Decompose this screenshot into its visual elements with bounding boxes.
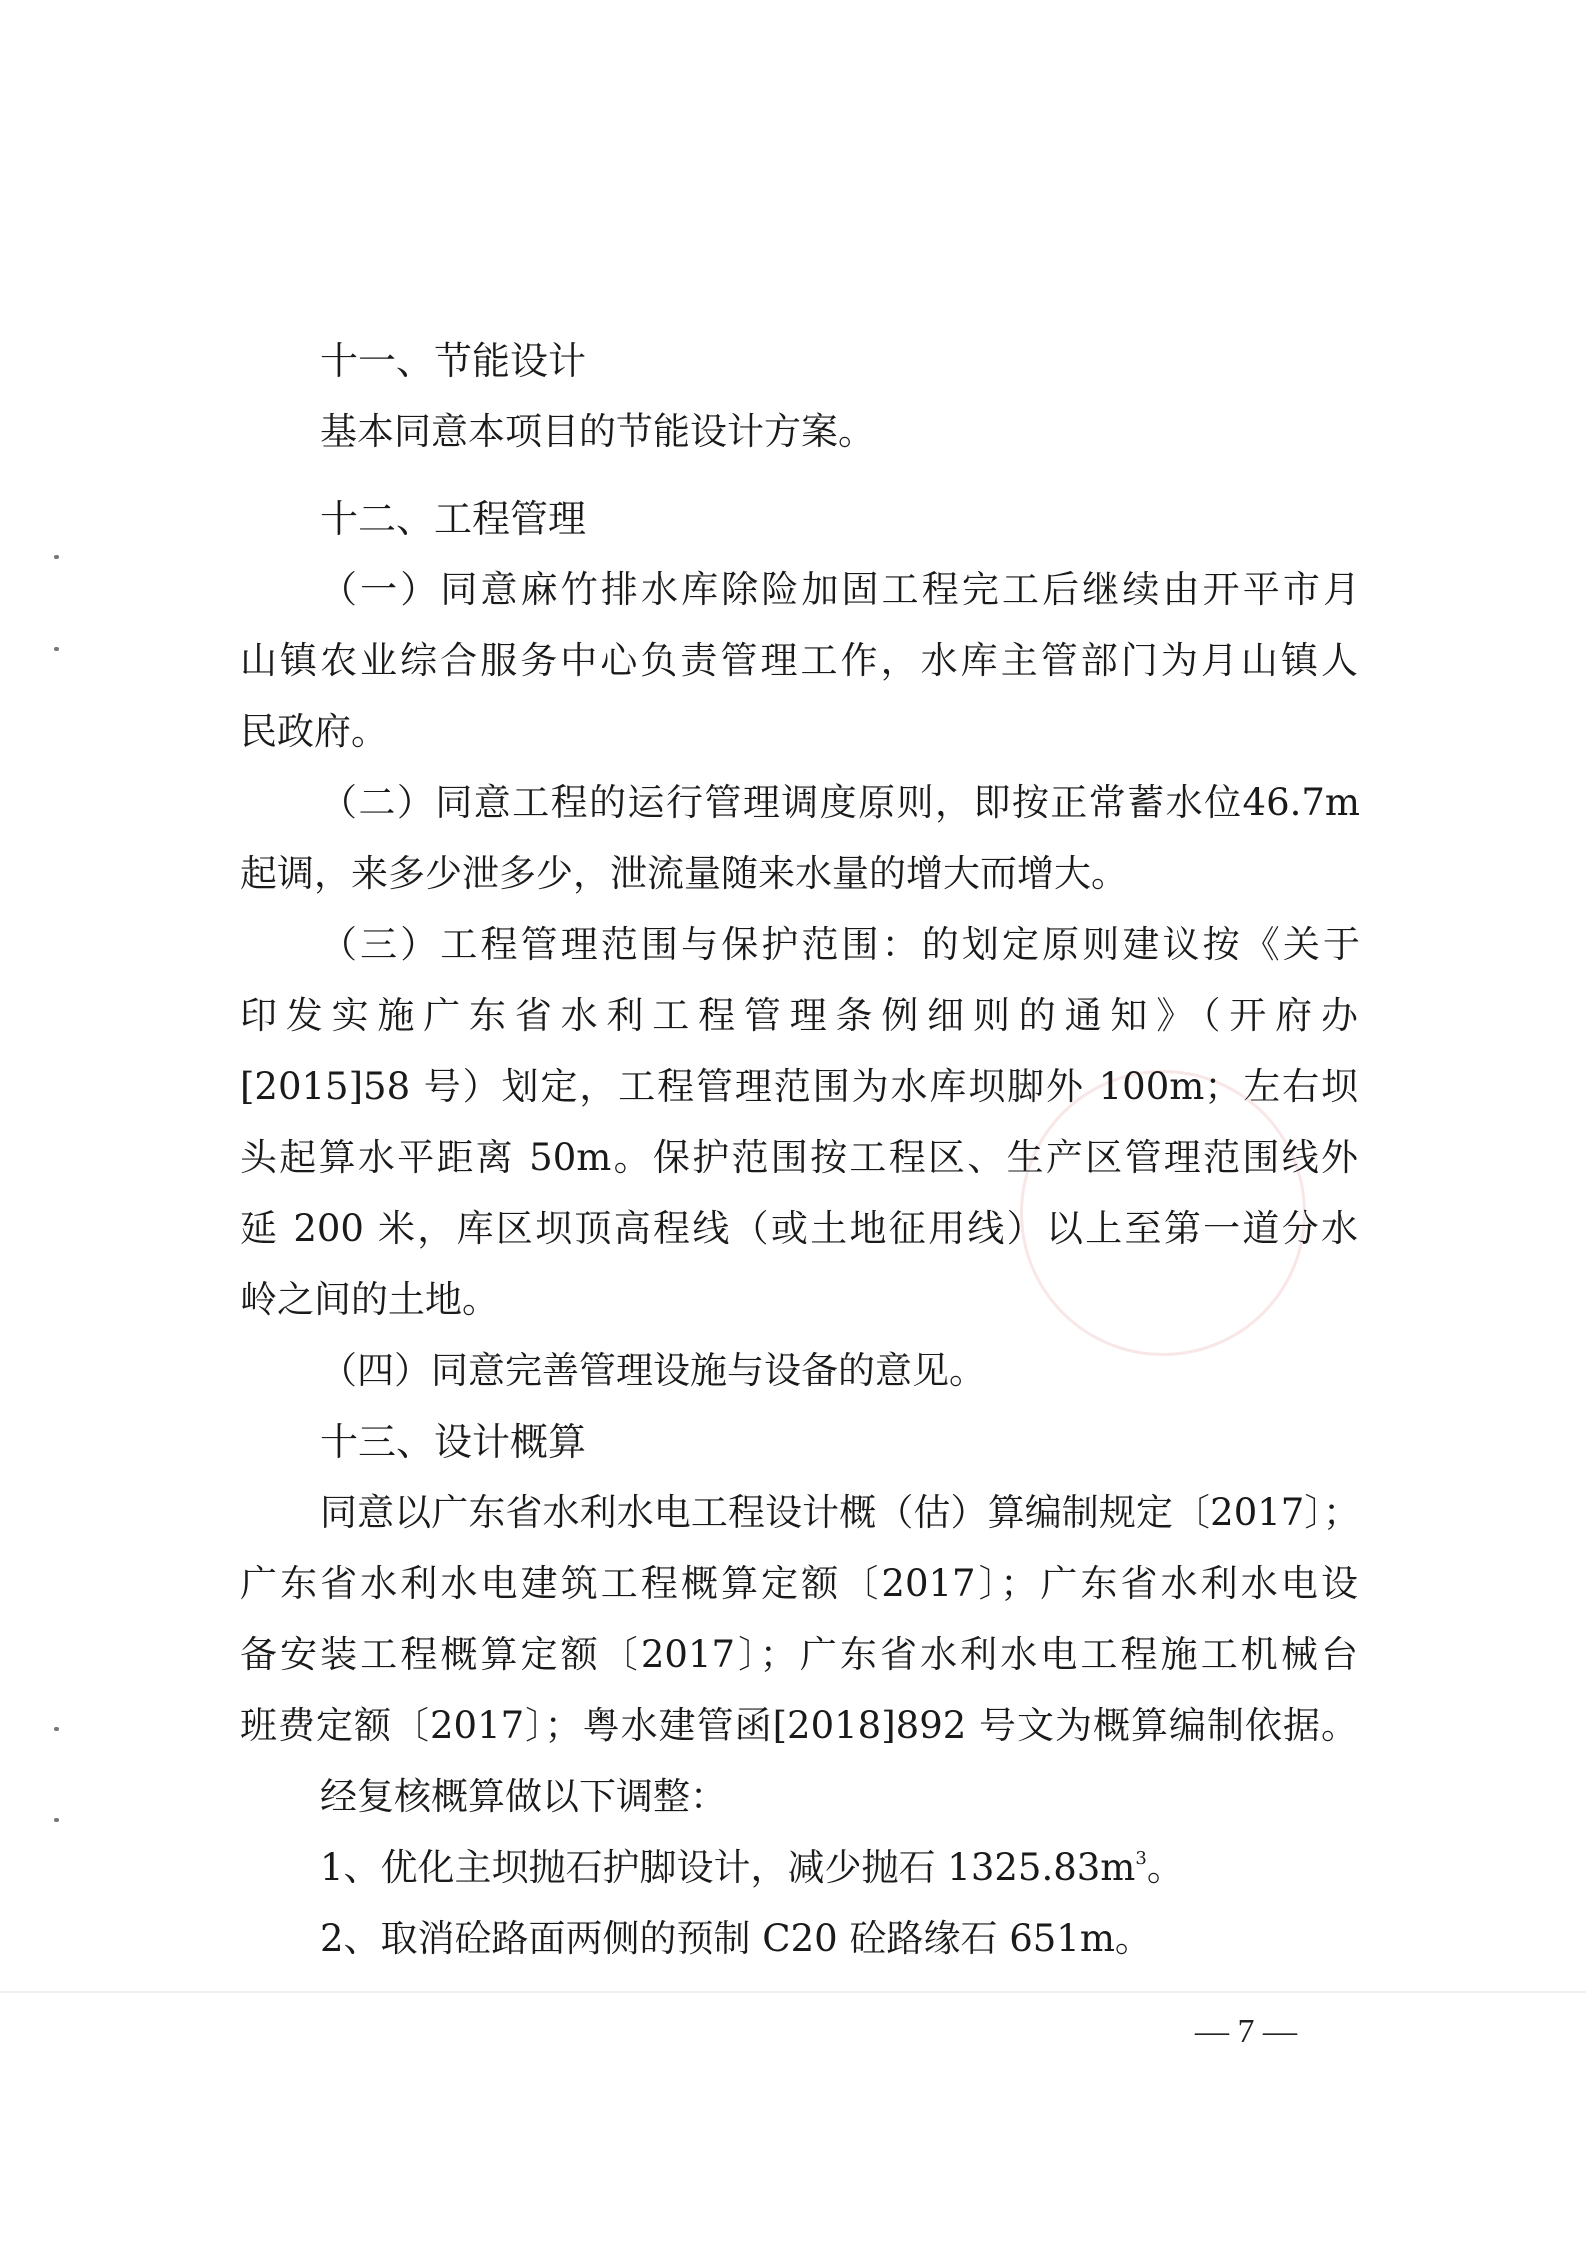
paragraph-line: 备安装工程概算定额〔2017〕；广东省水利水电工程施工机械台 [240, 1630, 1358, 1680]
paragraph-line: 印发实施广东省水利工程管理条例细则的通知》（开府办 [240, 991, 1358, 1041]
adjustment-item-2: 2、取消砼路面两侧的预制 C20 砼路缘石 651m。 [320, 1914, 1152, 1964]
footer-divider [0, 1991, 1586, 1993]
scan-speck [54, 555, 59, 559]
paragraph-line: （四）同意完善管理设施与设备的意见。 [320, 1346, 986, 1396]
paragraph-line: （三）工程管理范围与保护范围：的划定原则建议按《关于 [320, 920, 1360, 970]
section-heading-design-estimate: 十三、设计概算 [320, 1417, 586, 1467]
paragraph-line: 广东省水利水电建筑工程概算定额〔2017〕；广东省水利水电设 [240, 1559, 1358, 1609]
paragraph-line: 经复核概算做以下调整： [320, 1772, 727, 1822]
paragraph-line: 延 200 米，库区坝顶高程线（或土地征用线）以上至第一道分水 [240, 1204, 1358, 1254]
paragraph-line: 同意以广东省水利水电工程设计概（估）算编制规定〔2017〕； [320, 1488, 1360, 1538]
scan-speck [54, 1818, 59, 1822]
paragraph-line: 班费定额〔2017〕；粤水建管函[2018]892 号文为概算编制依据。 [240, 1701, 1358, 1751]
section-heading-project-management: 十二、工程管理 [320, 494, 586, 544]
paragraph-line: [2015]58 号）划定，工程管理范围为水库坝脚外 100m；左右坝 [240, 1062, 1358, 1112]
paragraph-line: 头起算水平距离 50m。保护范围按工程区、生产区管理范围线外 [240, 1133, 1358, 1183]
scan-speck [54, 1727, 59, 1731]
paragraph-line: （二）同意工程的运行管理调度原则，即按正常蓄水位46.7m [320, 778, 1360, 828]
paragraph-line: （一）同意麻竹排水库除险加固工程完工后继续由开平市月 [320, 565, 1360, 615]
adjustment-tail: 。 [1147, 1846, 1184, 1889]
paragraph-line: 岭之间的土地。 [240, 1275, 499, 1325]
adjustment-text: 1、优化主坝抛石护脚设计，减少抛石 1325.83m [320, 1846, 1135, 1889]
section-heading-energy-design: 十一、节能设计 [320, 336, 586, 386]
adjustment-item-1: 1、优化主坝抛石护脚设计，减少抛石 1325.83m3。 [320, 1843, 1184, 1893]
paragraph-line: 民政府。 [240, 707, 388, 757]
page-number: — 7 — [1195, 2010, 1297, 2054]
paragraph-line: 起调，来多少泄多少，泄流量随来水量的增大而增大。 [240, 849, 1128, 899]
scan-speck [54, 647, 59, 651]
paragraph-line: 山镇农业综合服务中心负责管理工作，水库主管部门为月山镇人 [240, 636, 1358, 686]
superscript-cube: 3 [1135, 1848, 1146, 1869]
paragraph: 基本同意本项目的节能设计方案。 [320, 407, 875, 457]
